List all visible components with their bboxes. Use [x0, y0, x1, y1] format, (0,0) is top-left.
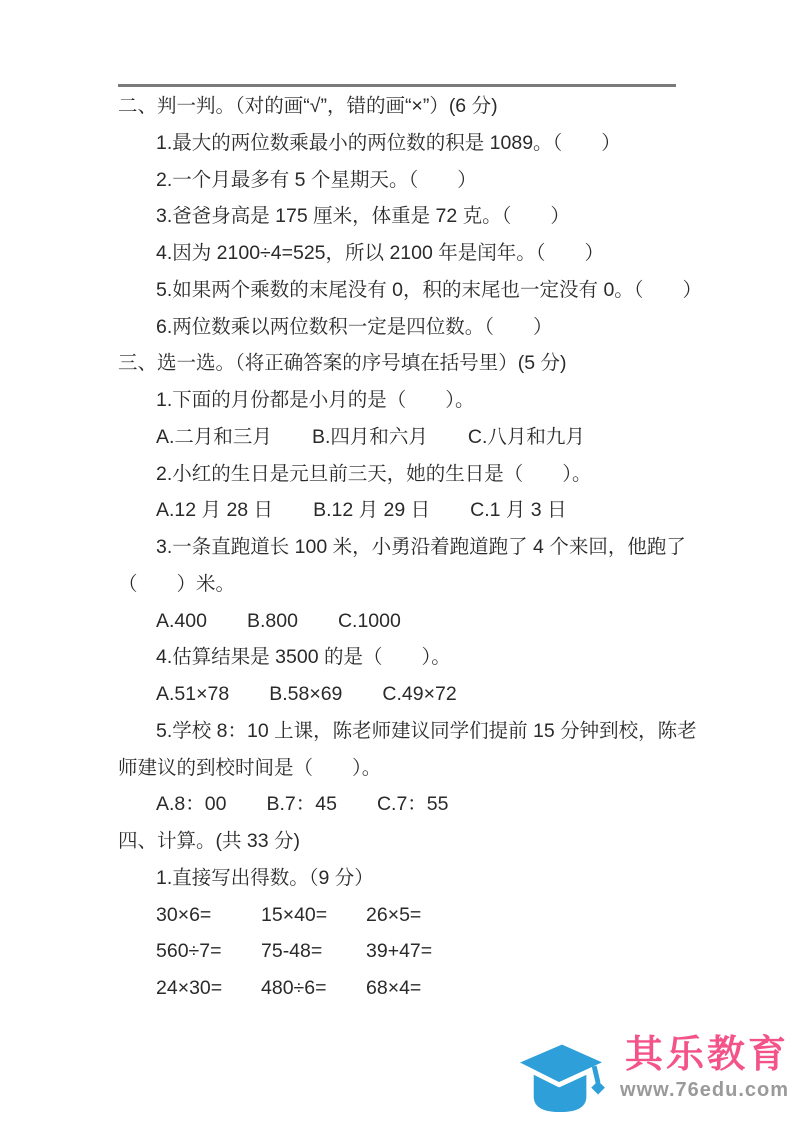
brand-logo: 其乐教育 www.76edu.com — [508, 1033, 789, 1114]
top-divider-rule — [118, 84, 676, 87]
judge-item-3: 3.爸爸身高是 175 厘米，体重是 72 克。（ ） — [156, 198, 718, 235]
mc-q2-text: 2.小红的生日是元旦前三天，她的生日是（ ）。 — [156, 456, 718, 493]
section2-title: 二、判一判。（对的画“√”，错的画“×”）(6 分) — [118, 88, 718, 125]
math-expression: 560÷7= — [156, 933, 253, 970]
mc-q4-option-c: C.49×72 — [382, 676, 456, 713]
mc-q4-option-b: B.58×69 — [269, 676, 342, 713]
worksheet-body: 二、判一判。（对的画“√”，错的画“×”）(6 分) 1.最大的两位数乘最小的两… — [118, 88, 718, 1007]
mc-q5-option-b: B.7：45 — [266, 786, 336, 823]
mc-q5-line2: 师建议的到校时间是（ ）。 — [118, 750, 718, 787]
mc-q1-options: A.二月和三月 B.四月和六月 C.八月和九月 — [156, 419, 718, 456]
section4-title: 四、计算。(共 33 分) — [118, 823, 718, 860]
mc-q4-option-a: A.51×78 — [156, 676, 229, 713]
mc-q2-option-c: C.1 月 3 日 — [470, 492, 566, 529]
mc-q3-line1: 3.一条直跑道长 100 米，小勇沿着跑道跑了 4 个来回，他跑了 — [156, 529, 718, 566]
judge-item-5: 5.如果两个乘数的末尾没有 0，积的末尾也一定没有 0。（ ） — [156, 272, 718, 309]
math-expression: 39+47= — [366, 933, 463, 970]
judge-item-2: 2.一个月最多有 5 个星期天。（ ） — [156, 162, 718, 199]
mc-q1-option-a: A.二月和三月 — [156, 419, 272, 456]
mc-q3-option-a: A.400 — [156, 603, 207, 640]
section3-title: 三、选一选。（将正确答案的序号填在括号里）(5 分) — [118, 345, 718, 382]
judge-item-1: 1.最大的两位数乘最小的两位数的积是 1089。（ ） — [156, 125, 718, 162]
math-expression: 26×5= — [366, 897, 463, 934]
math-expression: 15×40= — [261, 897, 358, 934]
worksheet-page: 二、判一判。（对的画“√”，错的画“×”）(6 分) 1.最大的两位数乘最小的两… — [0, 0, 793, 1122]
math-expression: 68×4= — [366, 970, 463, 1007]
mc-q4-text: 4.估算结果是 3500 的是（ ）。 — [156, 639, 718, 676]
mc-q2-option-b: B.12 月 29 日 — [313, 492, 430, 529]
math-row-1: 30×6= 15×40= 26×5= — [156, 897, 718, 934]
mc-q2-option-a: A.12 月 28 日 — [156, 492, 273, 529]
mc-q1-text: 1.下面的月份都是小月的是（ ）。 — [156, 382, 718, 419]
mc-q2-options: A.12 月 28 日 B.12 月 29 日 C.1 月 3 日 — [156, 492, 718, 529]
brand-text-block: 其乐教育 www.76edu.com — [620, 1033, 789, 1101]
graduation-cap-icon — [508, 1036, 616, 1114]
mc-q4-options: A.51×78 B.58×69 C.49×72 — [156, 676, 718, 713]
mc-q5-option-a: A.8：00 — [156, 786, 226, 823]
brand-website: www.76edu.com — [620, 1079, 789, 1101]
math-expression: 30×6= — [156, 897, 253, 934]
mc-q5-option-c: C.7：55 — [377, 786, 449, 823]
math-expression: 24×30= — [156, 970, 253, 1007]
math-row-3: 24×30= 480÷6= 68×4= — [156, 970, 718, 1007]
mc-q5-line1: 5.学校 8：10 上课，陈老师建议同学们提前 15 分钟到校，陈老 — [156, 713, 718, 750]
mc-q3-options: A.400 B.800 C.1000 — [156, 603, 718, 640]
mc-q3-option-c: C.1000 — [338, 603, 401, 640]
judge-item-6: 6.两位数乘以两位数积一定是四位数。（ ） — [156, 309, 718, 346]
mc-q1-option-c: C.八月和九月 — [468, 419, 585, 456]
judge-item-4: 4.因为 2100÷4=525，所以 2100 年是闰年。（ ） — [156, 235, 718, 272]
mc-q5-options: A.8：00 B.7：45 C.7：55 — [156, 786, 718, 823]
math-row-2: 560÷7= 75-48= 39+47= — [156, 933, 718, 970]
math-expression: 75-48= — [261, 933, 358, 970]
calc-sub1-title: 1.直接写出得数。（9 分） — [156, 860, 718, 897]
math-expression: 480÷6= — [261, 970, 358, 1007]
mc-q3-line2: （ ）米。 — [118, 566, 718, 603]
mc-q3-option-b: B.800 — [247, 603, 298, 640]
brand-name: 其乐教育 — [625, 1033, 789, 1077]
mc-q1-option-b: B.四月和六月 — [312, 419, 428, 456]
